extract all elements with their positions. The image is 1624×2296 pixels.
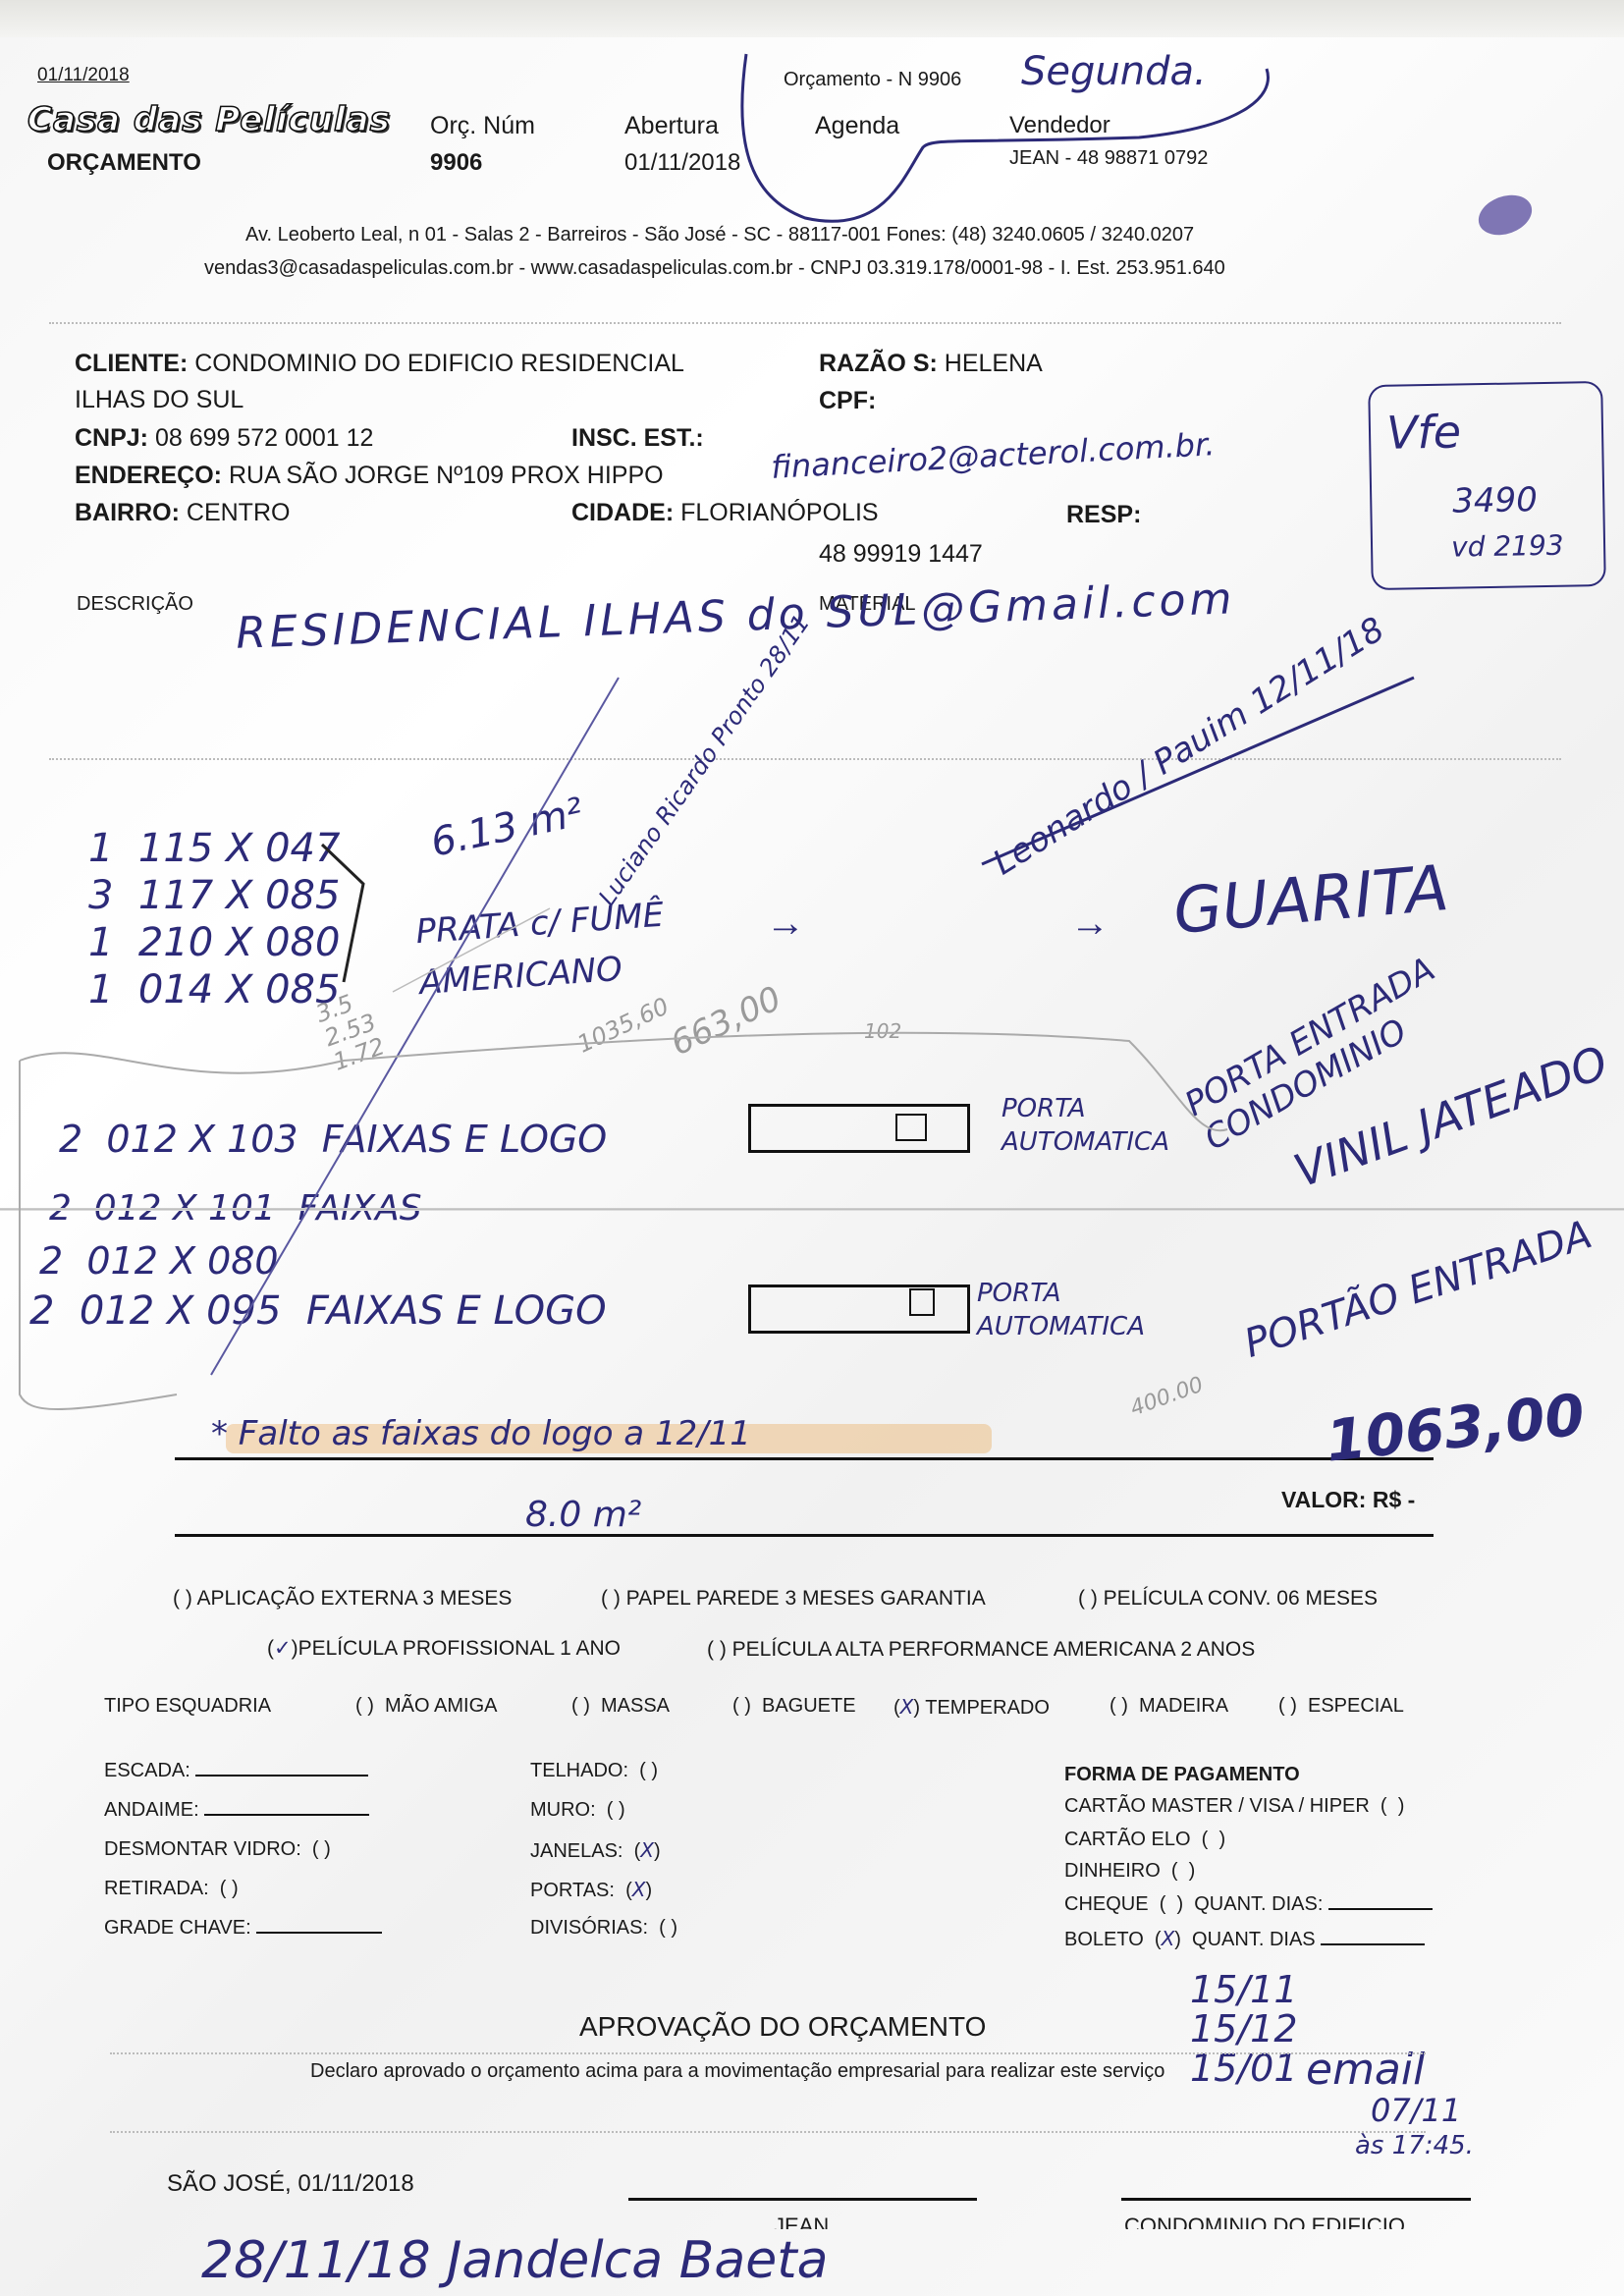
boxed-note-line-1: Vfe xyxy=(1386,405,1462,459)
signer-left: JEAN xyxy=(774,2214,829,2229)
print-date: 01/11/2018 xyxy=(37,65,130,86)
esquadria-option[interactable]: ( ) MÃO AMIGA xyxy=(355,1695,497,1718)
arrow-icon: → xyxy=(766,902,805,946)
grade-chave-field[interactable]: GRADE CHAVE: xyxy=(104,1917,382,1940)
handwritten-email-2: RESIDENCIAL ILHAS do SUL@Gmail.com xyxy=(235,574,1236,659)
esquadria-option[interactable]: ( ) MADEIRA xyxy=(1110,1695,1228,1718)
resp-label: RESP: xyxy=(1066,501,1141,529)
janelas-field-checked[interactable]: JANELAS: (X) xyxy=(530,1838,661,1863)
divider xyxy=(110,2131,1426,2133)
boxed-note: Vfe 3490 vd 2193 xyxy=(1368,381,1606,590)
email-note-time: às 17:45. xyxy=(1355,2131,1474,2160)
pencil-value: 400.00 xyxy=(1127,1373,1207,1422)
cidade-row: CIDADE: FLORIANÓPOLIS xyxy=(571,499,879,527)
client-phone: 48 99919 1447 xyxy=(819,540,983,569)
divider xyxy=(49,758,1561,760)
item-row: 1 115 X 047 xyxy=(88,825,340,872)
approval-declaration: Declaro aprovado o orçamento acima para … xyxy=(310,2060,1164,2083)
email-note-date: 07/11 xyxy=(1371,2092,1461,2129)
place-date: SÃO JOSÉ, 01/11/2018 xyxy=(167,2170,414,2198)
boxed-note-line-2: 3490 xyxy=(1452,480,1538,521)
orc-num-label: Orç. Núm xyxy=(430,112,535,140)
portao-note: PORTÃO ENTRADA xyxy=(1239,1212,1597,1367)
payment-option[interactable]: CARTÃO MASTER / VISA / HIPER ( ) xyxy=(1064,1795,1404,1818)
payment-option[interactable]: DINHEIRO ( ) xyxy=(1064,1860,1195,1883)
payment-option-checked[interactable]: BOLETO (X) QUANT. DIAS xyxy=(1064,1927,1425,1951)
pencil-calc: 102 xyxy=(864,1019,901,1043)
ink-blot xyxy=(1473,189,1538,243)
value-line xyxy=(175,1457,1434,1460)
handwritten-bottom: 28/11/18 Jandelca Baeta xyxy=(201,2231,828,2290)
esquadria-option[interactable]: ( ) BAGUETE xyxy=(732,1695,856,1718)
handwritten-dates: 15/11 15/12 15/01 xyxy=(1190,1970,1298,2088)
item-row: 1 014 X 085 xyxy=(88,966,340,1013)
company-logo: Casa das Películas xyxy=(27,100,391,139)
abertura-value: 01/11/2018 xyxy=(624,149,740,177)
abertura-label: Abertura xyxy=(624,112,719,140)
retirada-field[interactable]: RETIRADA: ( ) xyxy=(104,1878,239,1900)
esquadria-option-checked[interactable]: (X) TEMPERADO xyxy=(893,1695,1050,1720)
portas-field-checked[interactable]: PORTAS: (X) xyxy=(530,1878,652,1902)
pencil-calcs: 3.5 2.53 1.72 xyxy=(312,985,388,1075)
muro-field[interactable]: MURO: ( ) xyxy=(530,1799,625,1822)
item-row: 1 210 X 080 xyxy=(88,919,340,966)
endereco-row: ENDEREÇO: RUA SÃO JORGE Nº109 PROX HIPPO xyxy=(75,462,664,490)
vendedor-value: JEAN - 48 98871 0792 xyxy=(1009,147,1208,170)
escada-field[interactable]: ESCADA: xyxy=(104,1760,368,1782)
descricao-label: DESCRIÇÃO xyxy=(77,593,193,616)
total-handwritten: 1063,00 xyxy=(1323,1381,1588,1474)
door-target: PORTA AUTOMATICA xyxy=(1001,1092,1159,1159)
handwritten-signature: Segunda. xyxy=(1021,49,1207,94)
signer-right: CONDOMINIO DO EDIFICIO xyxy=(1124,2214,1405,2229)
door-sketch-handle xyxy=(909,1288,935,1316)
agenda-label: Agenda xyxy=(815,112,899,140)
payment-title: FORMA DE PAGAMENTO xyxy=(1064,1764,1300,1786)
vendedor-label: Vendedor xyxy=(1009,112,1110,139)
warranty-option[interactable]: ( ) PAPEL PAREDE 3 MESES GARANTIA xyxy=(601,1587,986,1611)
group1-location: GUARITA xyxy=(1170,852,1451,949)
andaime-field[interactable]: ANDAIME: xyxy=(104,1799,369,1822)
handwritten-email-1: financeiro2@acterol.com.br. xyxy=(770,425,1216,486)
razao-row: RAZÃO S: HELENA xyxy=(819,350,1043,378)
paper-fold xyxy=(0,1208,1624,1211)
warranty-option[interactable]: ( ) PELÍCULA CONV. 06 MESES xyxy=(1078,1587,1378,1611)
value-line xyxy=(175,1534,1434,1537)
warranty-option-checked[interactable]: (✓)PELÍCULA PROFISSIONAL 1 ANO xyxy=(267,1636,621,1661)
item-row: 2 012 X 080 xyxy=(39,1239,279,1283)
cliente-row-2: ILHAS DO SUL xyxy=(75,386,244,414)
esquadria-option[interactable]: ( ) ESPECIAL xyxy=(1278,1695,1404,1718)
esquadria-option[interactable]: ( ) MASSA xyxy=(571,1695,670,1718)
orc-num-value: 9906 xyxy=(430,149,482,177)
pencil-calc: 1035,60 xyxy=(573,992,674,1058)
area-total: 8.0 m² xyxy=(525,1495,641,1535)
divider xyxy=(49,322,1561,324)
cpf-label: CPF: xyxy=(819,387,876,415)
item-row: 2 012 X 103 FAIXAS E LOGO xyxy=(59,1118,607,1161)
desmontar-vidro-field[interactable]: DESMONTAR VIDRO: ( ) xyxy=(104,1838,331,1861)
bairro-row: BAIRRO: CENTRO xyxy=(75,499,290,527)
paper-edge xyxy=(0,0,1624,37)
boxed-note-line-3: vd 2193 xyxy=(1451,529,1564,564)
signature-line-left[interactable] xyxy=(628,2198,977,2201)
insc-est-label: INSC. EST.: xyxy=(571,424,704,453)
door-sketch xyxy=(748,1104,970,1153)
arrow-icon: → xyxy=(1070,902,1110,946)
signoff-note: Leonardo / Pauim 12/11/18 xyxy=(986,610,1391,883)
approval-title: APROVAÇÃO DO ORÇAMENTO xyxy=(579,2011,986,2043)
diagonal-note: Luciano Ricardo Pronto 28/11 xyxy=(593,610,815,910)
divider xyxy=(110,2052,1426,2054)
company-address: Av. Leoberto Leal, n 01 - Salas 2 - Barr… xyxy=(245,224,1194,246)
faltou-note: * Falto as faixas do logo a 12/11 xyxy=(211,1414,751,1453)
door-sketch xyxy=(748,1285,970,1334)
telhado-field[interactable]: TELHADO: ( ) xyxy=(530,1760,658,1782)
doc-type: ORÇAMENTO xyxy=(47,149,201,177)
item-row: 2 012 X 095 FAIXAS E LOGO xyxy=(29,1288,607,1334)
valor-label: VALOR: R$ - xyxy=(1281,1487,1415,1513)
cnpj-row: CNPJ: 08 699 572 0001 12 xyxy=(75,424,373,453)
signature-line-right[interactable] xyxy=(1121,2198,1471,2201)
group1-area: 6.13 m² xyxy=(427,790,587,866)
door-sketch-handle xyxy=(895,1114,927,1141)
door-target: PORTA AUTOMATICA xyxy=(977,1277,1134,1343)
divisorias-field[interactable]: DIVISÓRIAS: ( ) xyxy=(530,1917,677,1940)
warranty-option[interactable]: ( ) APLICAÇÃO EXTERNA 3 MESES xyxy=(173,1587,512,1611)
item-row: 3 117 X 085 xyxy=(88,872,340,919)
payment-option[interactable]: CHEQUE ( ) QUANT. DIAS: xyxy=(1064,1893,1433,1916)
cliente-row: CLIENTE: CONDOMINIO DO EDIFICIO RESIDENC… xyxy=(75,350,684,378)
orcamento-ref: Orçamento - N 9906 xyxy=(784,69,961,91)
payment-option[interactable]: CARTÃO ELO ( ) xyxy=(1064,1829,1225,1851)
company-contact: vendas3@casadaspeliculas.com.br - www.ca… xyxy=(204,257,1225,280)
tipo-esquadria-label: TIPO ESQUADRIA xyxy=(104,1695,271,1718)
pencil-calc: 663,00 xyxy=(665,979,787,1065)
warranty-option[interactable]: ( ) PELÍCULA ALTA PERFORMANCE AMERICANA … xyxy=(707,1638,1255,1662)
items-group-1: 1 115 X 047 3 117 X 085 1 210 X 080 1 01… xyxy=(88,825,340,1013)
